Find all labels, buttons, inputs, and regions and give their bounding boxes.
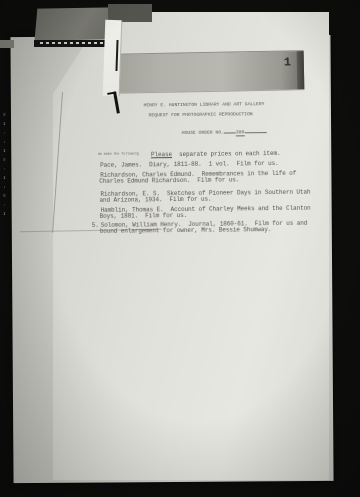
item-line: bound enlargement for owner, Mrs. Bessie… <box>100 226 272 235</box>
order-rule <box>244 128 266 133</box>
instruction-rest: separate prices on each item. <box>172 149 281 157</box>
item-line: Pace, James. Diary, 1811-88. 1 vol. Film… <box>100 159 279 168</box>
item-line: Boys, 1881. Film for us. <box>100 211 188 219</box>
house-order-label: HOUSE ORDER NO. <box>182 131 224 136</box>
form-print-text: me make the following <box>98 152 139 156</box>
item-line: Charles Edmund Richardson. Film for us. <box>99 176 239 184</box>
instruction-line: Please separate prices on each item. <box>151 149 281 157</box>
instruction-emphasis: Please <box>151 151 172 158</box>
house-order-line: HOUSE ORDER NO.380 <box>165 123 267 142</box>
item-line: and Arizona, 1934. Film for us. <box>99 195 211 203</box>
house-order-number: 380 <box>236 130 245 136</box>
item-number: 5. <box>92 221 99 228</box>
document-content: HENRY E. HUNTINGTON LIBRARY AND ART GALL… <box>0 0 360 497</box>
letterhead-line1: HENRY E. HUNTINGTON LIBRARY AND ART GALL… <box>143 102 264 108</box>
photo-frame: 1 ≡ I · : I ≡ · I : ≡ · I HENRY E. HUNTI… <box>0 0 360 497</box>
order-rule <box>224 128 236 133</box>
letterhead-line2: REQUEST FOR PHOTOGRAPHIC REPRODUCTION <box>149 112 253 118</box>
